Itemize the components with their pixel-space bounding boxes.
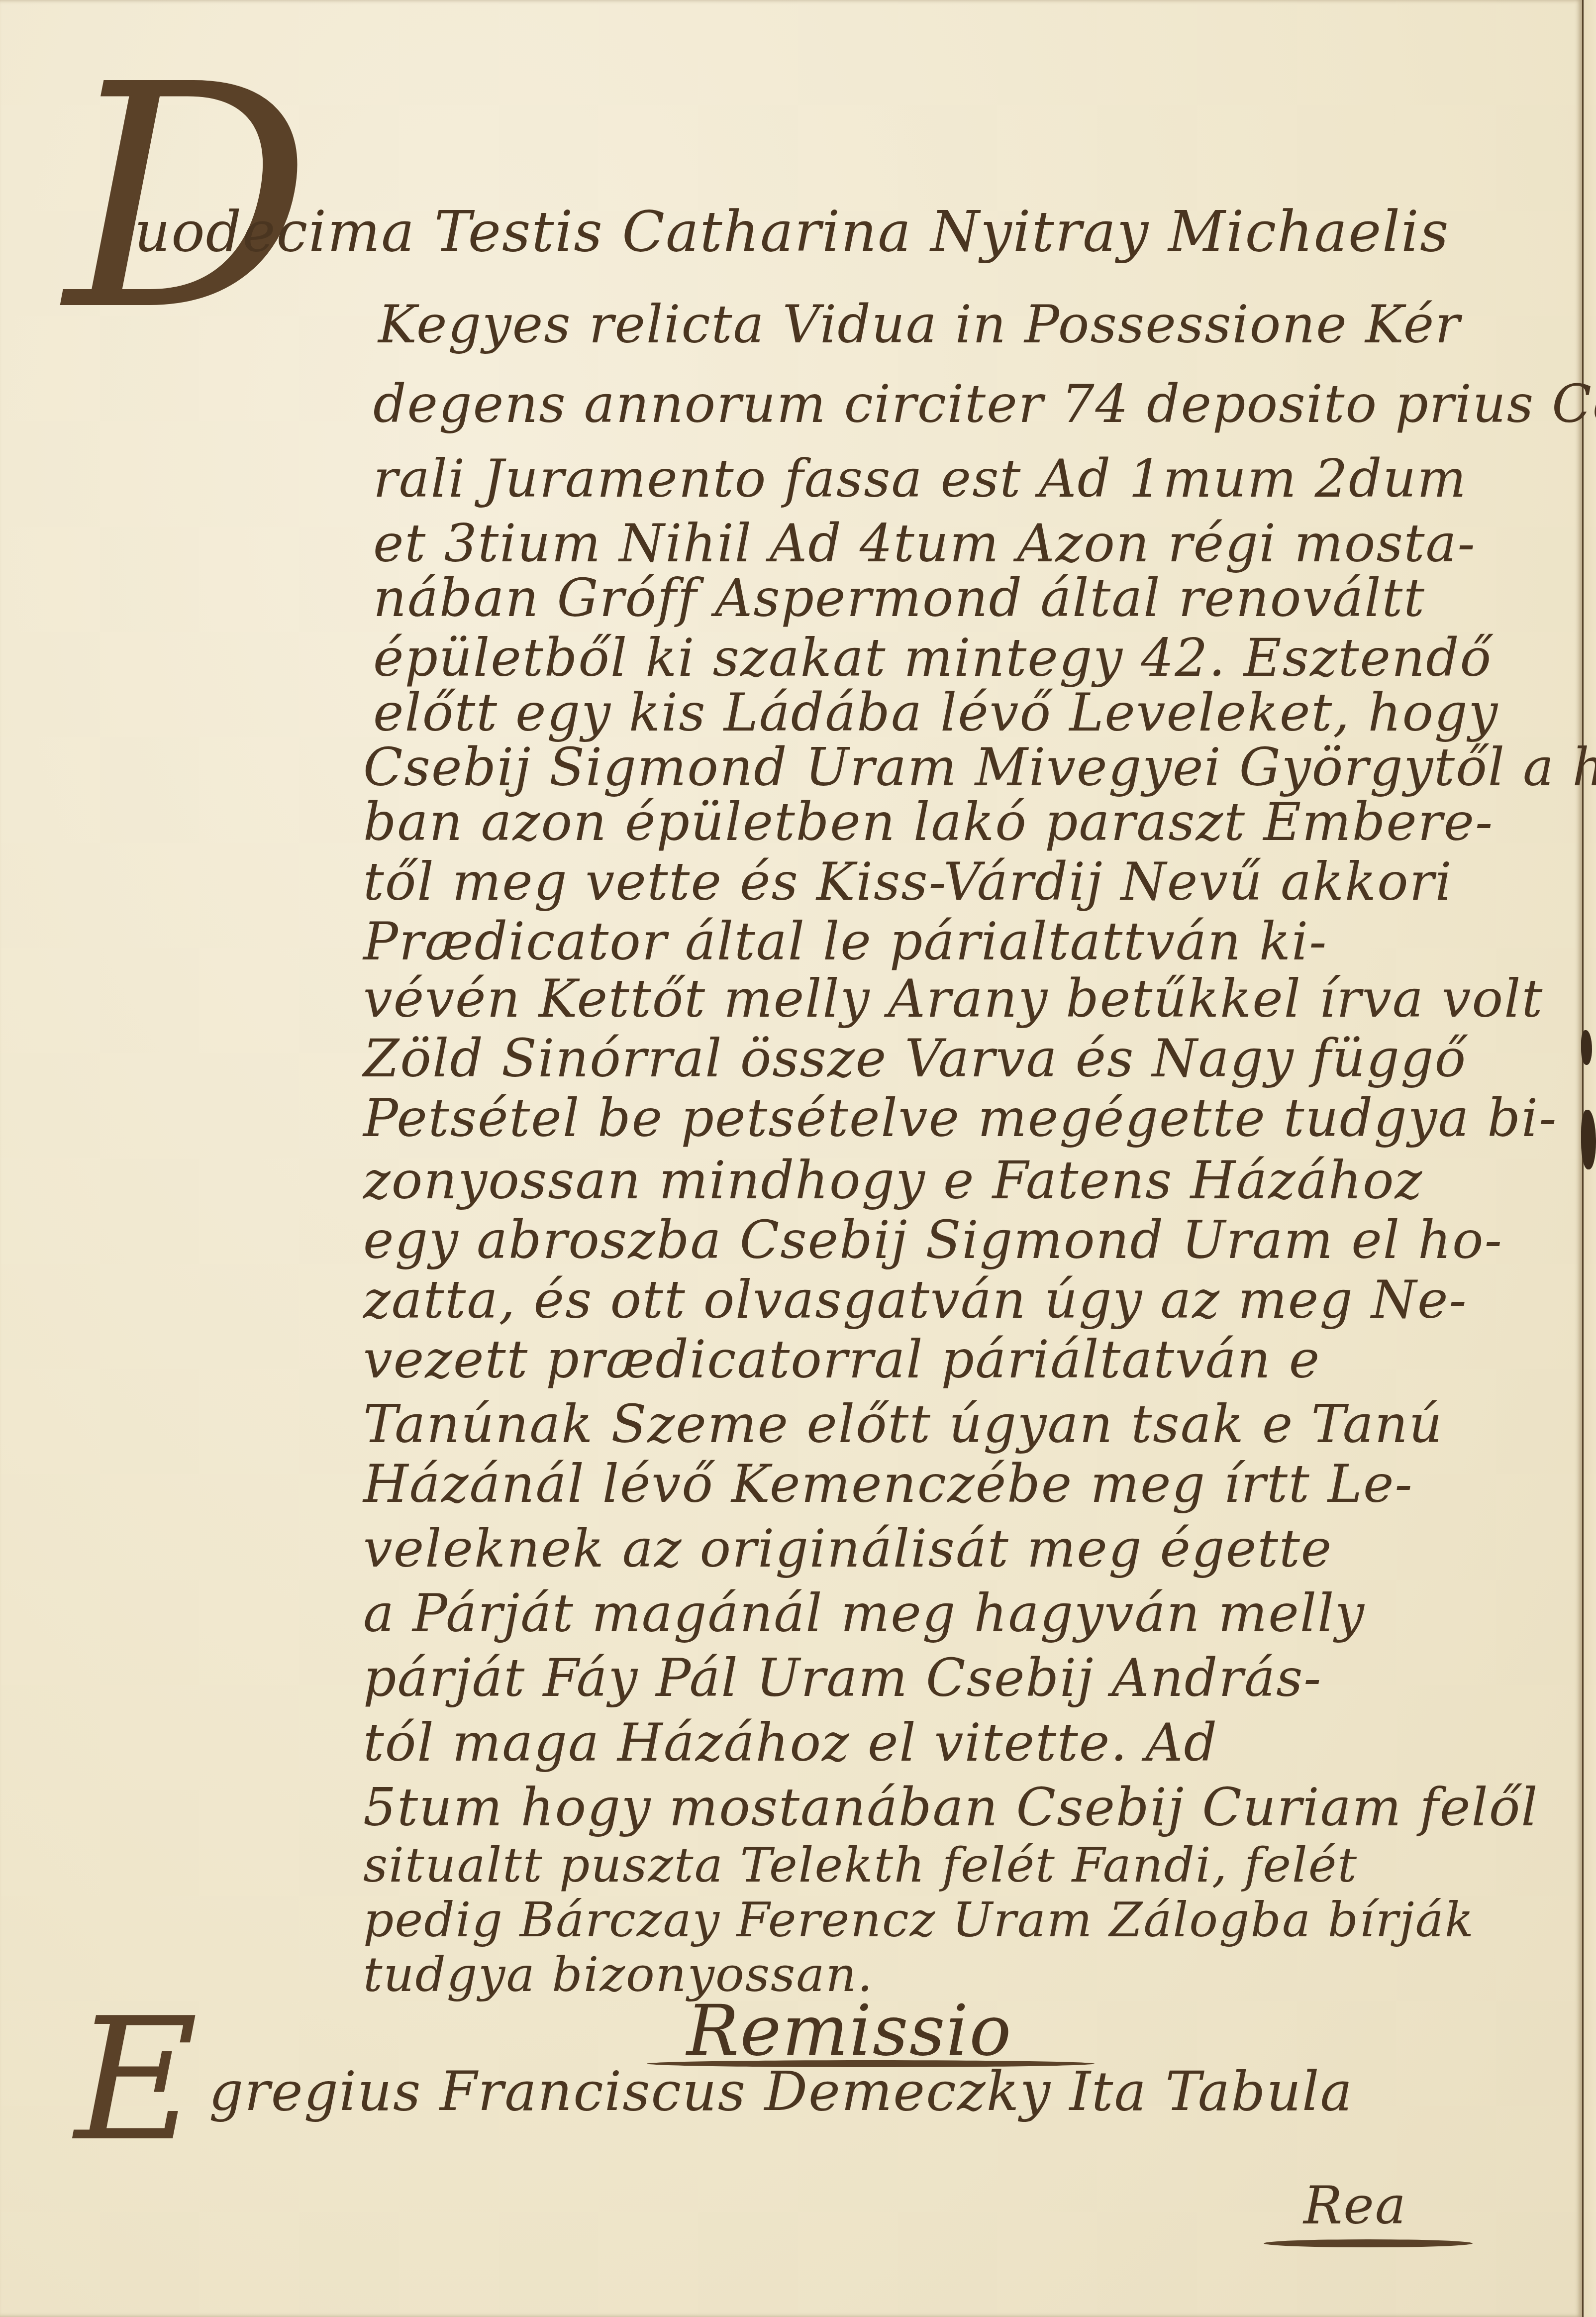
manuscript-line: egy abroszba Csebij Sigmond Uram el ho- xyxy=(363,1214,1503,1266)
manuscript-line: et 3tium Nihil Ad 4tum Azon régi mosta- xyxy=(373,518,1476,569)
manuscript-line: Csebij Sigmond Uram Mivegyei Györgytől a… xyxy=(363,741,1596,793)
manuscript-line: 5tum hogy mostanában Csebij Curiam felől xyxy=(363,1782,1539,1833)
remissio-label: Remissio xyxy=(687,1991,1012,2072)
flourish-underline xyxy=(1264,2239,1473,2247)
manuscript-line: veleknek az originálisát meg égette xyxy=(363,1523,1332,1575)
manuscript-line: épületből ki szakat mintegy 42. Esztendő xyxy=(373,632,1492,684)
manuscript-line: párját Fáy Pál Uram Csebij András- xyxy=(363,1652,1322,1704)
manuscript-line: től meg vette és Kiss-Várdij Nevű akkori xyxy=(363,856,1453,908)
manuscript-line: rali Juramento fassa est Ad 1mum 2dum xyxy=(373,453,1467,505)
decorative-initial-e: E xyxy=(75,1996,198,2165)
manuscript-line: a Párját magánál meg hagyván melly xyxy=(363,1587,1365,1639)
manuscript-line: Zöld Sinórral össze Varva és Nagy függő xyxy=(363,1033,1467,1084)
manuscript-line: situaltt puszta Telekth felét Fandi, fel… xyxy=(363,1841,1358,1889)
manuscript-line: Prædicator által le párialtattván ki- xyxy=(363,916,1327,967)
manuscript-line: Kegyes relicta Vidua in Possessione Kér xyxy=(378,299,1461,350)
manuscript-line: Házánál lévő Kemenczébe meg írtt Le- xyxy=(363,1458,1413,1510)
manuscript-line: vévén Kettőt melly Arany betűkkel írva v… xyxy=(363,973,1543,1025)
manuscript-line: Tanúnak Szeme előtt úgyan tsak e Tanú xyxy=(363,1398,1443,1450)
manuscript-line: uodecima Testis Catharina Nyitray Michae… xyxy=(134,204,1449,260)
manuscript-line: Petsétel be petsételve megégette tudgya … xyxy=(363,1092,1558,1144)
manuscript-line: pedig Bárczay Ferencz Uram Zálogba bírjá… xyxy=(363,1896,1475,1944)
manuscript-line: ban azon épületben lakó paraszt Embere- xyxy=(363,796,1494,848)
manuscript-line: nában Gróff Aspermond által renováltt xyxy=(373,572,1425,624)
closing-line: gregius Franciscus Demeczky Ita Tabula xyxy=(209,2065,1353,2119)
manuscript-line: tól maga Házához el vitette. Ad xyxy=(363,1717,1218,1769)
manuscript-line: degens annorum circiter 74 deposito priu… xyxy=(373,378,1596,430)
decorative-initial-d: D xyxy=(65,45,312,353)
closing-word: Rea xyxy=(1303,2180,1407,2231)
manuscript-line: előtt egy kis Ládába lévő Leveleket, hog… xyxy=(373,687,1498,738)
manuscript-line: zonyossan mindhogy e Fatens Házához xyxy=(363,1155,1423,1206)
manuscript-line: zatta, és ott olvasgatván úgy az meg Ne- xyxy=(363,1274,1468,1326)
manuscript-line: vezett prædicatorral páriáltatván e xyxy=(363,1334,1320,1385)
